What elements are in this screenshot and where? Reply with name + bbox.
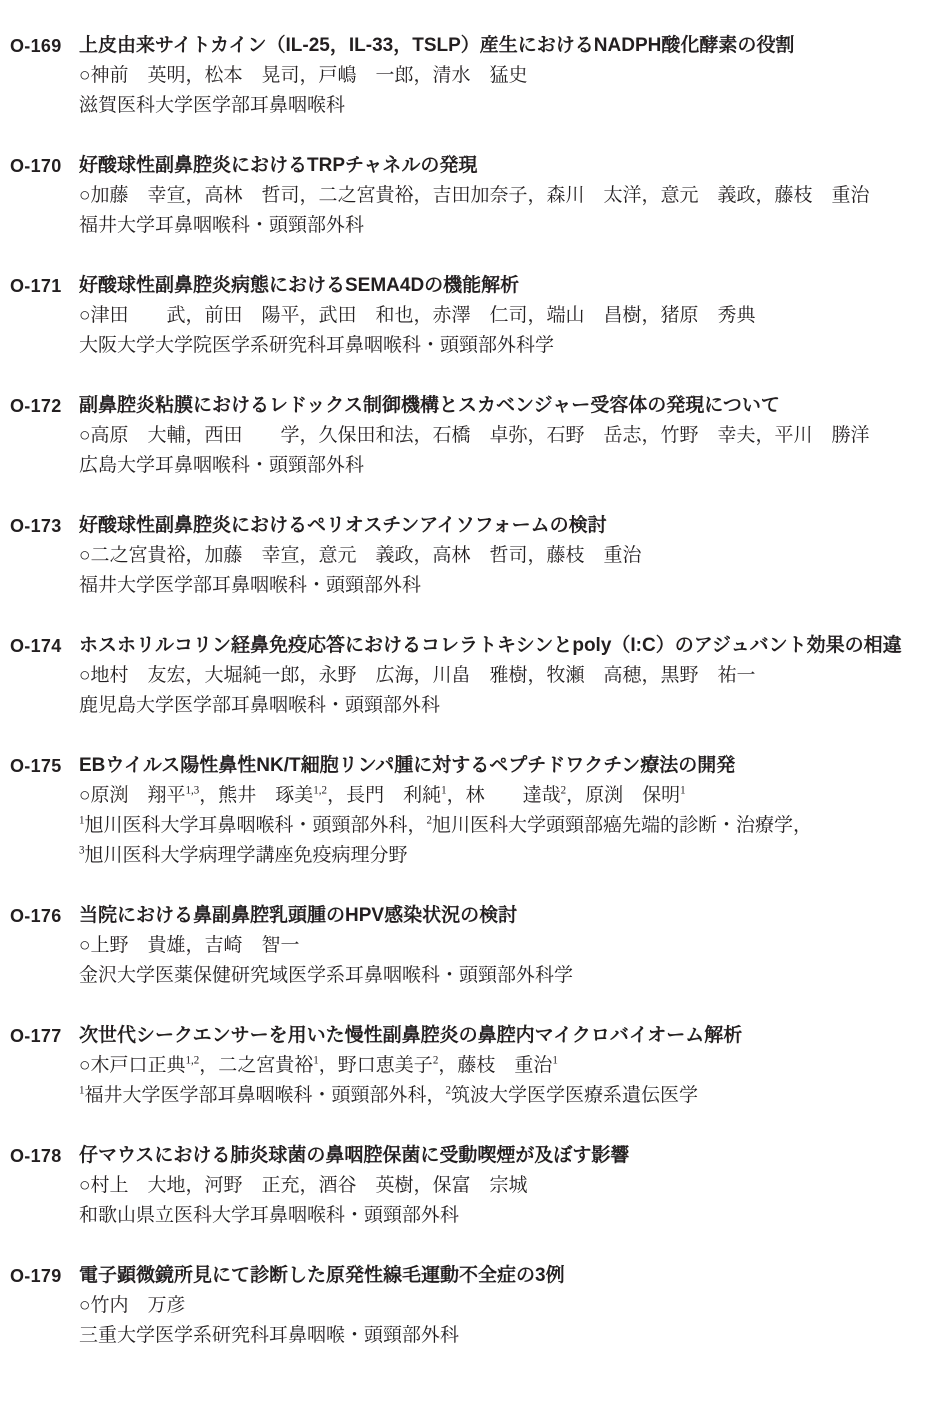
presentation-authors: ○神前 英明，松本 晃司，戸嶋 一郎，清水 猛史 — [79, 61, 937, 91]
presentation-entry: O-179 電子顕微鏡所見にて診断した原発性線毛運動不全症の3例 ○竹内 万彦 … — [0, 1261, 937, 1351]
presentation-number: O-171 — [0, 271, 79, 301]
presentation-entry: O-173 好酸球性副鼻腔炎におけるペリオスチンアイソフォームの検討 ○二之宮貴… — [0, 511, 937, 601]
presentation-body: 副鼻腔炎粘膜におけるレドックス制御機構とスカベンジャー受容体の発現について ○高… — [79, 391, 937, 481]
presentation-authors: ○原渕 翔平1,3，熊井 琢美1,2，長門 利純1，林 達哉2，原渕 保明1 — [79, 781, 937, 811]
presentation-affiliation: 3旭川医科大学病理学講座免疫病理分野 — [79, 841, 937, 871]
presentation-body: 上皮由来サイトカイン（IL-25，IL-33，TSLP）産生におけるNADPH酸… — [79, 31, 937, 121]
presentation-body: 好酸球性副鼻腔炎におけるTRPチャネルの発現 ○加藤 幸宣，高林 哲司，二之宮貴… — [79, 151, 937, 241]
presentation-number: O-178 — [0, 1141, 79, 1171]
presentation-affiliation: 鹿児島大学医学部耳鼻咽喉科・頭頸部外科 — [79, 691, 937, 721]
presentation-title: EBウイルス陽性鼻性NK/T細胞リンパ腫に対するペプチドワクチン療法の開発 — [79, 751, 937, 781]
presentation-entry: O-176 当院における鼻副鼻腔乳頭腫のHPV感染状況の検討 ○上野 貴雄，吉崎… — [0, 901, 937, 991]
presentation-number: O-174 — [0, 631, 79, 661]
presentation-body: 仔マウスにおける肺炎球菌の鼻咽腔保菌に受動喫煙が及ぼす影響 ○村上 大地，河野 … — [79, 1141, 937, 1231]
presentation-body: EBウイルス陽性鼻性NK/T細胞リンパ腫に対するペプチドワクチン療法の開発 ○原… — [79, 751, 937, 871]
presentation-affiliation: 金沢大学医薬保健研究域医学系耳鼻咽喉科・頭頸部外科学 — [79, 961, 937, 991]
presentation-body: 電子顕微鏡所見にて診断した原発性線毛運動不全症の3例 ○竹内 万彦 三重大学医学… — [79, 1261, 937, 1351]
presentation-body: 当院における鼻副鼻腔乳頭腫のHPV感染状況の検討 ○上野 貴雄，吉崎 智一 金沢… — [79, 901, 937, 991]
presentation-body: 好酸球性副鼻腔炎病態におけるSEMA4Dの機能解析 ○津田 武，前田 陽平，武田… — [79, 271, 937, 361]
presentation-affiliation: 1旭川医科大学耳鼻咽喉科・頭頸部外科，2旭川医科大学頭頸部癌先端的診断・治療学， — [79, 811, 937, 841]
presentation-entry: O-174 ホスホリルコリン経鼻免疫応答におけるコレラトキシンとpoly（I:C… — [0, 631, 937, 721]
presentation-authors: ○上野 貴雄，吉崎 智一 — [79, 931, 937, 961]
presentation-affiliation: 滋賀医科大学医学部耳鼻咽喉科 — [79, 91, 937, 121]
presentation-entry: O-177 次世代シークエンサーを用いた慢性副鼻腔炎の鼻腔内マイクロバイオーム解… — [0, 1021, 937, 1111]
presentation-number: O-169 — [0, 31, 79, 61]
presentation-entry: O-178 仔マウスにおける肺炎球菌の鼻咽腔保菌に受動喫煙が及ぼす影響 ○村上 … — [0, 1141, 937, 1231]
presentation-authors: ○竹内 万彦 — [79, 1291, 937, 1321]
presentation-affiliation: 大阪大学大学院医学系研究科耳鼻咽喉科・頭頸部外科学 — [79, 331, 937, 361]
presentation-authors: ○二之宮貴裕，加藤 幸宣，意元 義政，高林 哲司，藤枝 重治 — [79, 541, 937, 571]
presentation-entry: O-171 好酸球性副鼻腔炎病態におけるSEMA4Dの機能解析 ○津田 武，前田… — [0, 271, 937, 361]
presentation-authors: ○津田 武，前田 陽平，武田 和也，赤澤 仁司，端山 昌樹，猪原 秀典 — [79, 301, 937, 331]
presentation-authors: ○高原 大輔，西田 学，久保田和法，石橋 卓弥，石野 岳志，竹野 幸夫，平川 勝… — [79, 421, 937, 451]
presentation-authors: ○木戸口正典1,2，二之宮貴裕1，野口恵美子2，藤枝 重治1 — [79, 1051, 937, 1081]
presentation-title: 好酸球性副鼻腔炎におけるTRPチャネルの発現 — [79, 151, 937, 181]
presentation-title: 好酸球性副鼻腔炎におけるペリオスチンアイソフォームの検討 — [79, 511, 937, 541]
presentation-authors: ○加藤 幸宣，高林 哲司，二之宮貴裕，吉田加奈子，森川 太洋，意元 義政，藤枝 … — [79, 181, 937, 211]
presentation-title: 電子顕微鏡所見にて診断した原発性線毛運動不全症の3例 — [79, 1261, 937, 1291]
presentation-affiliation: 福井大学医学部耳鼻咽喉科・頭頸部外科 — [79, 571, 937, 601]
presentation-affiliation: 広島大学耳鼻咽喉科・頭頸部外科 — [79, 451, 937, 481]
presentation-number: O-177 — [0, 1021, 79, 1051]
program-page: O-169 上皮由来サイトカイン（IL-25，IL-33，TSLP）産生における… — [0, 0, 937, 1401]
presentation-number: O-173 — [0, 511, 79, 541]
presentation-list: O-169 上皮由来サイトカイン（IL-25，IL-33，TSLP）産生における… — [0, 31, 937, 1351]
presentation-title: 好酸球性副鼻腔炎病態におけるSEMA4Dの機能解析 — [79, 271, 937, 301]
presentation-number: O-179 — [0, 1261, 79, 1291]
presentation-entry: O-172 副鼻腔炎粘膜におけるレドックス制御機構とスカベンジャー受容体の発現に… — [0, 391, 937, 481]
presentation-body: 好酸球性副鼻腔炎におけるペリオスチンアイソフォームの検討 ○二之宮貴裕，加藤 幸… — [79, 511, 937, 601]
presentation-title: 仔マウスにおける肺炎球菌の鼻咽腔保菌に受動喫煙が及ぼす影響 — [79, 1141, 937, 1171]
presentation-affiliation: 1福井大学医学部耳鼻咽喉科・頭頸部外科，2筑波大学医学医療系遺伝医学 — [79, 1081, 937, 1111]
presentation-entry: O-170 好酸球性副鼻腔炎におけるTRPチャネルの発現 ○加藤 幸宣，高林 哲… — [0, 151, 937, 241]
presentation-affiliation: 三重大学医学系研究科耳鼻咽喉・頭頸部外科 — [79, 1321, 937, 1351]
presentation-entry: O-175 EBウイルス陽性鼻性NK/T細胞リンパ腫に対するペプチドワクチン療法… — [0, 751, 937, 871]
presentation-body: 次世代シークエンサーを用いた慢性副鼻腔炎の鼻腔内マイクロバイオーム解析 ○木戸口… — [79, 1021, 937, 1111]
presentation-number: O-172 — [0, 391, 79, 421]
presentation-entry: O-169 上皮由来サイトカイン（IL-25，IL-33，TSLP）産生における… — [0, 31, 937, 121]
presentation-title: 副鼻腔炎粘膜におけるレドックス制御機構とスカベンジャー受容体の発現について — [79, 391, 937, 421]
presentation-title: 次世代シークエンサーを用いた慢性副鼻腔炎の鼻腔内マイクロバイオーム解析 — [79, 1021, 937, 1051]
presentation-title: 上皮由来サイトカイン（IL-25，IL-33，TSLP）産生におけるNADPH酸… — [79, 31, 937, 61]
presentation-body: ホスホリルコリン経鼻免疫応答におけるコレラトキシンとpoly（I:C）のアジュバ… — [79, 631, 937, 721]
presentation-authors: ○地村 友宏，大堀純一郎，永野 広海，川畠 雅樹，牧瀬 高穂，黒野 祐一 — [79, 661, 937, 691]
presentation-authors: ○村上 大地，河野 正充，酒谷 英樹，保富 宗城 — [79, 1171, 937, 1201]
presentation-affiliation: 福井大学耳鼻咽喉科・頭頸部外科 — [79, 211, 937, 241]
presentation-number: O-170 — [0, 151, 79, 181]
presentation-number: O-176 — [0, 901, 79, 931]
presentation-number: O-175 — [0, 751, 79, 781]
presentation-affiliation: 和歌山県立医科大学耳鼻咽喉科・頭頸部外科 — [79, 1201, 937, 1231]
presentation-title: 当院における鼻副鼻腔乳頭腫のHPV感染状況の検討 — [79, 901, 937, 931]
presentation-title: ホスホリルコリン経鼻免疫応答におけるコレラトキシンとpoly（I:C）のアジュバ… — [79, 631, 937, 661]
